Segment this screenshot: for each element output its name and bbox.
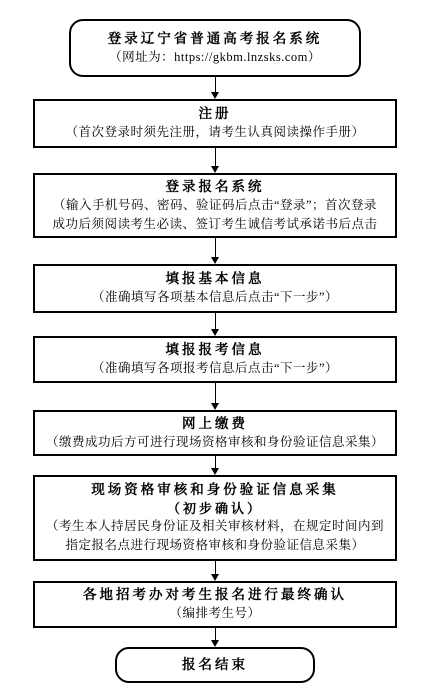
- arrow-line: [215, 77, 216, 92]
- node-body: （输入手机号码、密码、验证码后点击“登录”；首次登录 成功后须阅读考生必读、签订…: [52, 196, 377, 234]
- flow-node-basic-info: 填报基本信息 （准确填写各项基本信息后点击“下一步”）: [33, 264, 397, 313]
- flow-arrow-6: [209, 456, 221, 475]
- arrow-down-icon: [211, 403, 219, 410]
- flow-arrow-1: [209, 77, 221, 99]
- arrow-line: [215, 383, 216, 403]
- arrow-down-icon: [211, 640, 219, 647]
- arrow-down-icon: [211, 468, 219, 475]
- node-body: （网址为：https://gkbm.lnzsks.com）: [109, 48, 321, 67]
- arrow-line: [215, 628, 216, 640]
- flow-node-end: 报名结束: [115, 647, 315, 683]
- node-body: （准确填写各项报考信息后点击“下一步”）: [92, 359, 338, 378]
- node-title: 各地招考办对考生报名进行最终确认: [83, 586, 347, 604]
- flow-node-register: 注册 （首次登录时须先注册，请考生认真阅读操作手册）: [33, 99, 397, 148]
- node-body: （缴费成功后方可进行现场资格审核和身份验证信息采集）: [46, 433, 384, 452]
- arrow-down-icon: [211, 257, 219, 264]
- flow-node-exam-info: 填报报考信息 （准确填写各项报考信息后点击“下一步”）: [33, 336, 397, 383]
- arrow-line: [215, 456, 216, 468]
- flow-node-payment: 网上缴费 （缴费成功后方可进行现场资格审核和身份验证信息采集）: [33, 410, 397, 456]
- flow-arrow-4: [209, 313, 221, 336]
- flow-arrow-7: [209, 561, 221, 581]
- flow-arrow-2: [209, 148, 221, 173]
- flow-node-start: 登录辽宁省普通高考报名系统 （网址为：https://gkbm.lnzsks.c…: [69, 19, 361, 77]
- flow-arrow-5: [209, 383, 221, 410]
- node-subtitle: （初步确认）: [167, 500, 263, 518]
- node-title: 注册: [199, 105, 232, 123]
- node-title: 报名结束: [182, 656, 248, 674]
- node-title: 填报报考信息: [166, 341, 265, 359]
- arrow-line: [215, 313, 216, 329]
- arrow-down-icon: [211, 166, 219, 173]
- arrow-line: [215, 238, 216, 257]
- flow-arrow-3: [209, 238, 221, 264]
- flowchart-canvas: 登录辽宁省普通高考报名系统 （网址为：https://gkbm.lnzsks.c…: [0, 0, 430, 688]
- node-body: （准确填写各项基本信息后点击“下一步”）: [92, 288, 338, 307]
- arrow-down-icon: [211, 574, 219, 581]
- flow-node-login: 登录报名系统 （输入手机号码、密码、验证码后点击“登录”；首次登录 成功后须阅读…: [33, 173, 397, 238]
- arrow-down-icon: [211, 92, 219, 99]
- node-body: （编排考生号）: [169, 604, 260, 623]
- flow-arrow-8: [209, 628, 221, 647]
- node-title: 网上缴费: [182, 415, 248, 433]
- node-title: 登录辽宁省普通高考报名系统: [108, 30, 323, 48]
- node-title: 登录报名系统: [166, 178, 265, 196]
- node-title: 填报基本信息: [166, 270, 265, 288]
- arrow-line: [215, 148, 216, 166]
- flow-node-final-confirm: 各地招考办对考生报名进行最终确认 （编排考生号）: [33, 581, 397, 628]
- node-title: 现场资格审核和身份验证信息采集: [91, 481, 339, 499]
- arrow-down-icon: [211, 329, 219, 336]
- node-body: （首次登录时须先注册，请考生认真阅读操作手册）: [65, 123, 364, 142]
- flow-node-onsite-verify: 现场资格审核和身份验证信息采集 （初步确认） （考生本人持居民身份证及相关审核材…: [33, 475, 397, 561]
- node-body: （考生本人持居民身份证及相关审核材料，在规定时间内到 指定报名点进行现场资格审核…: [46, 517, 384, 555]
- arrow-line: [215, 561, 216, 574]
